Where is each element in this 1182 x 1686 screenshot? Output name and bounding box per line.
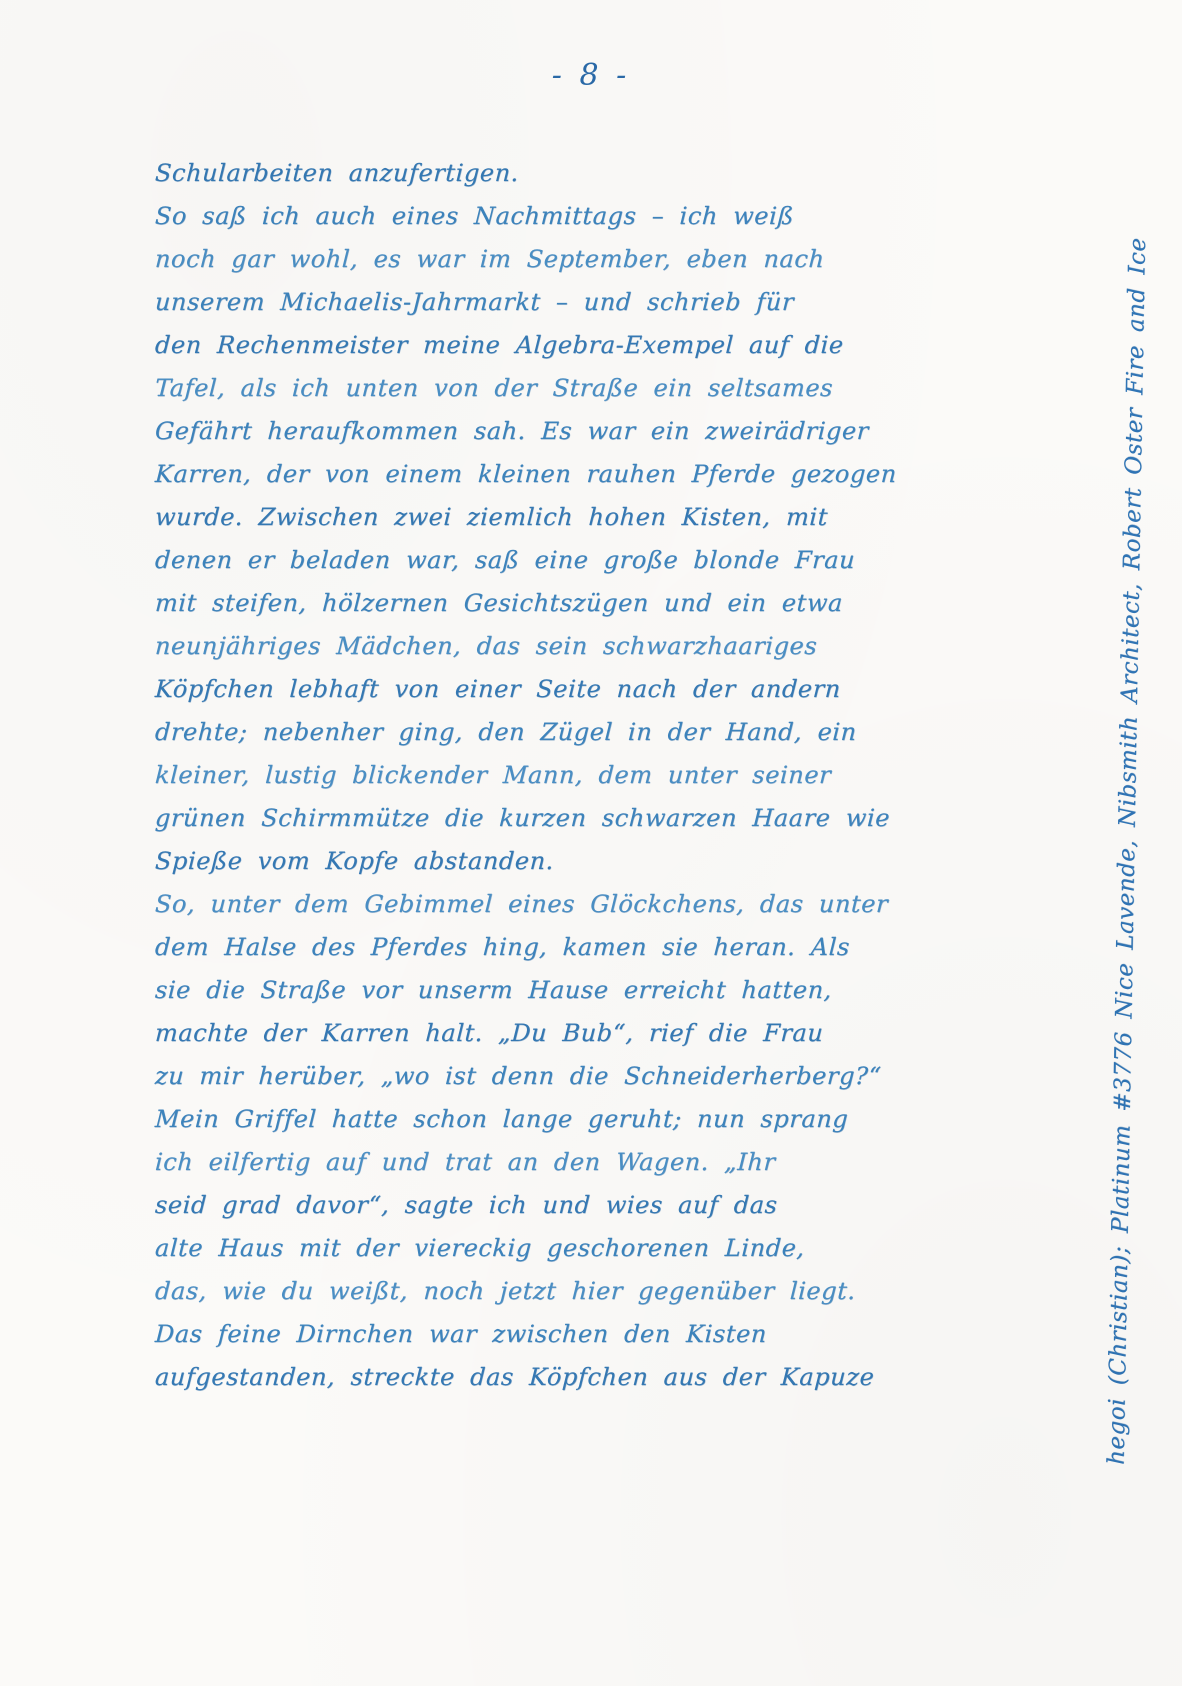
handwritten-line: wurde. Zwischen zwei ziemlich hohen Kist… <box>154 496 946 539</box>
handwritten-line: Schularbeiten anzufertigen. <box>154 152 946 195</box>
handwritten-line: ich eilfertig auf und trat an den Wagen.… <box>154 1141 946 1184</box>
handwritten-line: drehte; nebenher ging, den Zügel in der … <box>154 711 946 754</box>
handwritten-line: noch gar wohl, es war im September, eben… <box>154 238 946 281</box>
handwritten-line: grünen Schirmmütze die kurzen schwarzen … <box>154 797 946 840</box>
handwritten-line: sie die Straße vor unserm Hause erreicht… <box>154 969 946 1012</box>
handwritten-line: aufgestanden, streckte das Köpfchen aus … <box>154 1356 946 1399</box>
handwritten-line: machte der Karren halt. „Du Bub“, rief d… <box>154 1012 946 1055</box>
handwritten-line: neunjähriges Mädchen, das sein schwarzha… <box>154 625 946 668</box>
handwritten-line: unserem Michaelis-Jahrmarkt – und schrie… <box>154 281 946 324</box>
handwritten-line: zu mir herüber, „wo ist denn die Schneid… <box>154 1055 946 1098</box>
handwritten-line: Spieße vom Kopfe abstanden. <box>154 840 946 883</box>
handwritten-line: das, wie du weißt, noch jetzt hier gegen… <box>154 1270 946 1313</box>
handwritten-line: Köpfchen lebhaft von einer Seite nach de… <box>154 668 946 711</box>
pen-ink-margin-note: hegoi (Christian); Platinum #3776 Nice L… <box>1104 165 1153 1465</box>
manuscript-text: Schularbeiten anzufertigen.So saß ich au… <box>155 152 945 1399</box>
handwritten-line: denen er beladen war, saß eine große blo… <box>154 539 946 582</box>
handwritten-line: Tafel, als ich unten von der Straße ein … <box>154 367 946 410</box>
handwritten-line: kleiner, lustig blickender Mann, dem unt… <box>154 754 946 797</box>
handwritten-line: Karren, der von einem kleinen rauhen Pfe… <box>154 453 946 496</box>
handwritten-line: dem Halse des Pferdes hing, kamen sie he… <box>154 926 946 969</box>
handwritten-line: seid grad davor“, sagte ich und wies auf… <box>154 1184 946 1227</box>
page-number: - 8 - <box>0 58 1182 93</box>
handwritten-line: den Rechenmeister meine Algebra-Exempel … <box>154 324 946 367</box>
handwritten-line: Gefährt heraufkommen sah. Es war ein zwe… <box>154 410 946 453</box>
handwritten-line: mit steifen, hölzernen Gesichtszügen und… <box>154 582 946 625</box>
handwritten-manuscript-page: - 8 - Schularbeiten anzufertigen.So saß … <box>0 0 1182 1686</box>
handwritten-line: Mein Griffel hatte schon lange geruht; n… <box>154 1098 946 1141</box>
handwritten-line: alte Haus mit der viereckig geschorenen … <box>154 1227 946 1270</box>
handwritten-line: Das feine Dirnchen war zwischen den Kist… <box>154 1313 946 1356</box>
handwritten-line: So, unter dem Gebimmel eines Glöckchens,… <box>154 883 946 926</box>
handwritten-line: So saß ich auch eines Nachmittags – ich … <box>154 195 946 238</box>
